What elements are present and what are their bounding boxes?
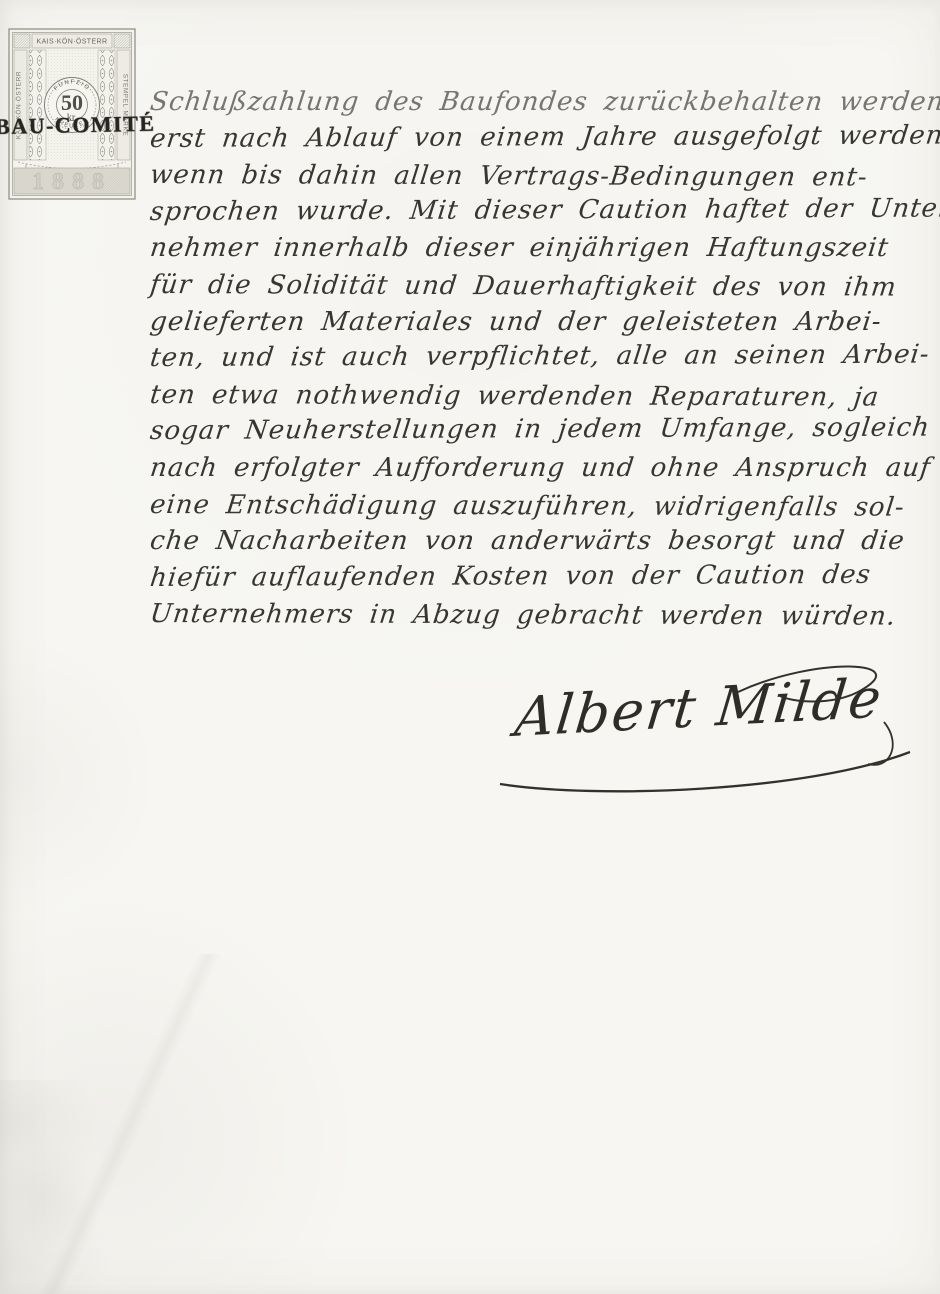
stamp-corner-ornament (14, 34, 30, 48)
manuscript-line: sogar Neuherstellungen in jedem Umfange,… (148, 410, 940, 450)
signature-block: Albert Milde (486, 652, 926, 802)
manuscript-line: ten, und ist auch verpflichtet, alle an … (148, 337, 940, 377)
stamp-year: 1888 (32, 169, 112, 195)
manuscript-line: gelieferten Materiales und der geleistet… (148, 304, 940, 341)
manuscript-line: erst nach Ablauf von einem Jahre ausgefo… (148, 117, 940, 157)
manuscript-line: Schlußzahlung des Baufondes zurückbehalt… (148, 84, 940, 121)
scan-crease (0, 954, 260, 1294)
stamp-floral-column-left (29, 50, 46, 160)
scan-noise (0, 1080, 180, 1294)
manuscript-line: für die Solidität und Dauerhaftigkeit de… (148, 267, 940, 306)
stamp-floral-column-right (98, 50, 115, 160)
manuscript-line: sprochen wurde. Mit dieser Caution hafte… (148, 190, 940, 230)
manuscript-line: nach erfolgter Aufforderung und ohne Ans… (148, 450, 940, 487)
manuscript-line: hiefür auflaufenden Kosten von der Cauti… (148, 556, 940, 596)
manuscript-line: che Nacharbeiten von anderwärts besorgt … (148, 523, 940, 560)
manuscript-line: eine Entschädigung auszuführen, widrigen… (148, 487, 940, 526)
manuscript-line: Unternehmers in Abzug gebracht werden wü… (148, 596, 940, 635)
manuscript-line: nehmer innerhalb dieser einjährigen Haft… (148, 230, 940, 267)
scanned-document-page: KAIS·KÖN·ÖSTERR KAIS·KÖN·ÖSTERR STEMPEL·… (0, 0, 940, 1294)
stamp-header-text: KAIS·KÖN·ÖSTERR (37, 38, 108, 46)
stamp-corner-ornament (114, 34, 130, 48)
manuscript-text-block: Schlußzahlung des Baufondes zurückbehalt… (148, 84, 938, 633)
